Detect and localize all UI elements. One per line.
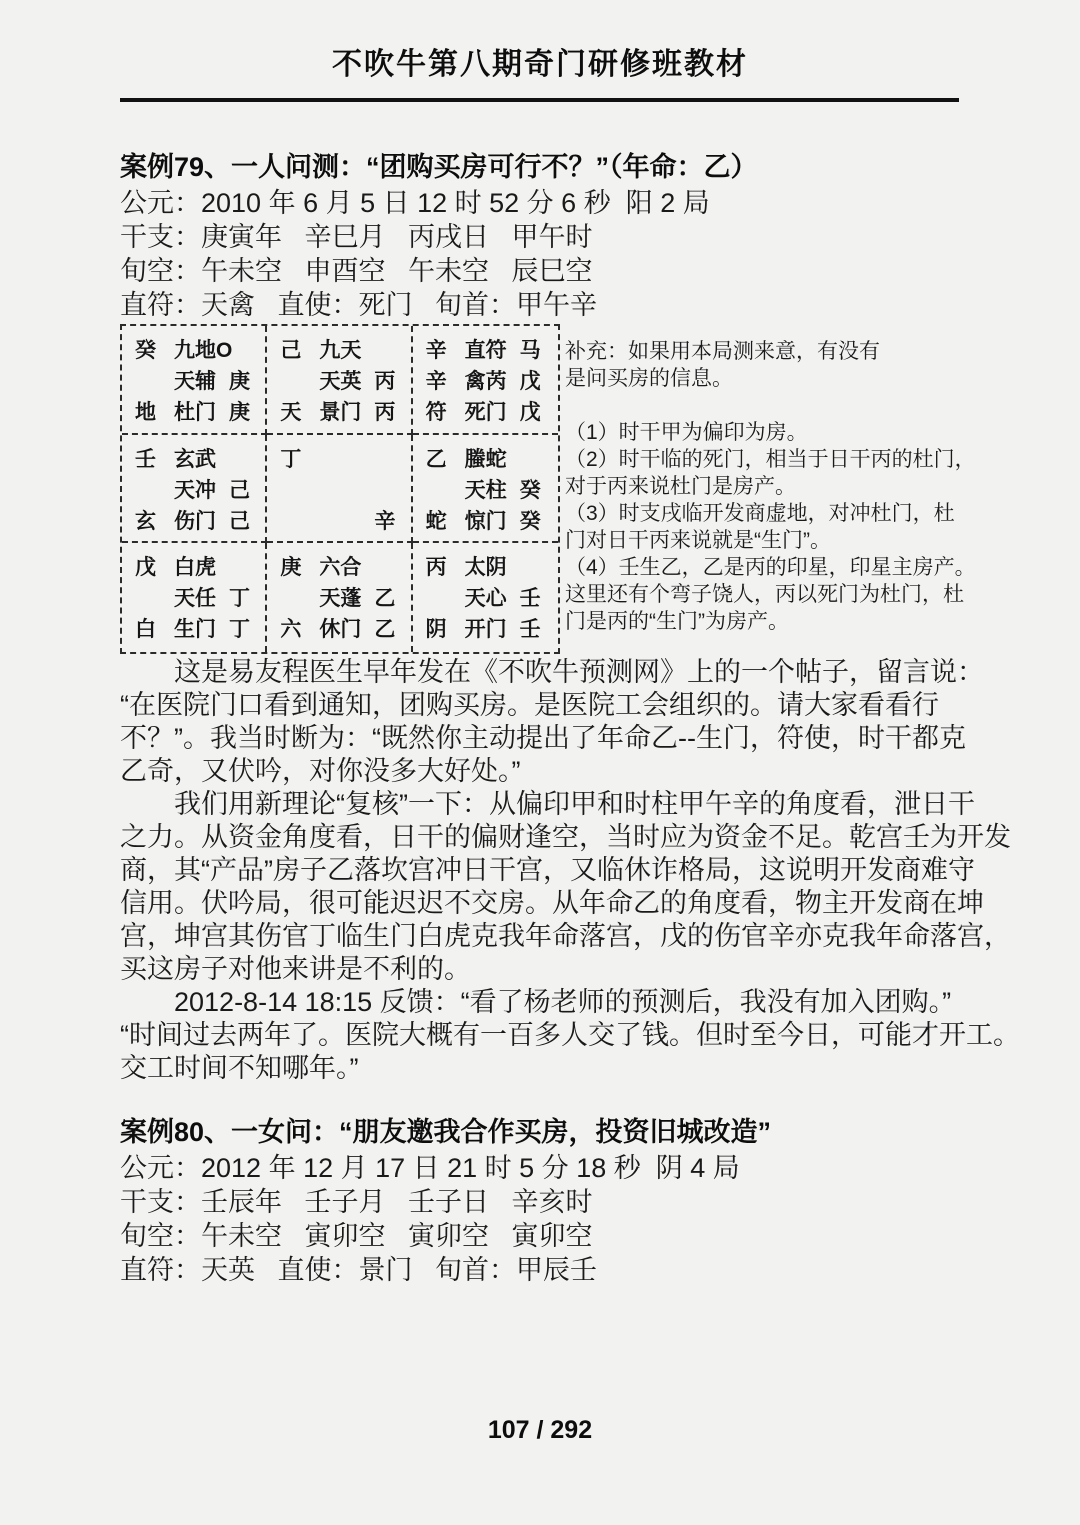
annotation-line: （1）时干甲为偏印为房。 — [565, 419, 1005, 446]
palace-text: 杜门 — [174, 397, 229, 428]
palace-text: 天 — [267, 397, 319, 428]
palace-cell: 癸九地O 天辅庚 地杜门庚 — [122, 326, 267, 435]
document-page: 不吹牛第八期奇门研修班教材 案例79、一人问测：“团购买房可行不？”（年命：乙）… — [0, 0, 1080, 1525]
palace-text: 己 — [229, 506, 250, 537]
paragraph-line: 我们用新理论“复核”一下：从偏印甲和时柱甲午辛的角度看，泄日干 — [120, 788, 984, 821]
palace-cell: 辛直符马 辛禽芮戊 符死门戊 — [413, 326, 558, 435]
palace-cell: 丁 辛 — [267, 435, 412, 544]
case-79-section: 案例79、一人问测：“团购买房可行不？”（年命：乙） 公元：2010 年 6 月… — [120, 148, 984, 1085]
annotation-line: 门对日干丙来说就是“生门”。 — [565, 527, 1005, 554]
palace-text: 乙 — [374, 583, 395, 614]
palace-text: 螣蛇 — [465, 444, 520, 475]
palace-text: 辛 — [413, 366, 465, 397]
case-80-zhifu-line: 直符：天英 直使：景门 旬首：甲辰壬 — [120, 1253, 984, 1287]
paragraph-line: 买这房子对他来讲是不利的。 — [120, 953, 984, 986]
palace-line: 白生门丁 — [122, 614, 265, 645]
palace-text: 天心 — [465, 583, 520, 614]
palace-text: 景门 — [319, 397, 374, 428]
palace-line: 天任丁 — [122, 583, 265, 614]
palace-text: 天辅 — [174, 366, 229, 397]
annotation-line: （3）时支戌临开发商虚地，对冲杜门，杜 — [565, 500, 1005, 527]
palace-text: 丙 — [374, 397, 395, 428]
paragraph-line: “在医院门口看到通知，团购买房。是医院工会组织的。请大家看看行 — [120, 689, 984, 722]
palace-cell: 丙太阴 天心壬 阴开门壬 — [413, 543, 558, 652]
palace-line: 天柱癸 — [413, 475, 558, 506]
palace-line: 地杜门庚 — [122, 397, 265, 428]
case-79-heading: 案例79、一人问测：“团购买房可行不？”（年命：乙） — [120, 148, 984, 186]
case-80-heading: 案例80、一女问：“朋友邀我合作买房，投资旧城改造” — [120, 1113, 984, 1151]
palace-text: 六 — [267, 614, 319, 645]
palace-line: 天冲己 — [122, 475, 265, 506]
palace-text: 天任 — [174, 583, 229, 614]
palace-cell: 壬玄武 天冲己 玄伤门己 — [122, 435, 267, 544]
title-rule — [120, 98, 959, 102]
chart-area: 癸九地O 天辅庚 地杜门庚 己九天 天英丙 天景门丙 辛直符马 辛禽芮戊 符死门… — [120, 324, 984, 654]
page-title: 不吹牛第八期奇门研修班教材 — [0, 44, 1080, 86]
palace-line: 乙螣蛇 — [413, 444, 558, 475]
palace-text: 六合 — [319, 552, 374, 583]
palace-text: 生门 — [174, 614, 229, 645]
palace-text: 玄武 — [174, 444, 229, 475]
palace-cell: 乙螣蛇 天柱癸 蛇惊门癸 — [413, 435, 558, 544]
palace-line: 玄伤门己 — [122, 506, 265, 537]
palace-text: 惊门 — [465, 506, 520, 537]
paragraph-line: 宫，坤宫其伤官丁临生门白虎克我年命落宫，戊的伤官辛亦克我年命落宫， — [120, 920, 984, 953]
analysis-paragraphs: 这是易友程医生早年发在《不吹牛预测网》上的一个帖子，留言说： “在医院门口看到通… — [120, 656, 984, 1085]
palace-text: 丁 — [267, 444, 319, 475]
palace-text: 壬 — [122, 444, 174, 475]
case-80-date-line: 公元：2012 年 12 月 17 日 21 时 5 分 18 秒 阴 4 局 — [120, 1151, 984, 1185]
palace-text: 丁 — [229, 614, 250, 645]
palace-text: 蛇 — [413, 506, 465, 537]
palace-line: 天景门丙 — [267, 397, 410, 428]
palace-line: 辛 — [267, 506, 410, 537]
palace-line: 天辅庚 — [122, 366, 265, 397]
palace-text: 己 — [229, 475, 250, 506]
page-number: 107 / 292 — [0, 1416, 1080, 1445]
palace-line: 辛直符马 — [413, 335, 558, 366]
case-79-zhifu-line: 直符：天禽 直使：死门 旬首：甲午辛 — [120, 288, 984, 322]
palace-text: 伤门 — [174, 506, 229, 537]
palace-text: 天柱 — [465, 475, 520, 506]
annotation-line: （4）壬生乙，乙是丙的印星，印星主房产。 — [565, 554, 1005, 581]
paragraph-line: 乙奇，又伏吟，对你没多大好处。” — [120, 755, 984, 788]
palace-text: 乙 — [413, 444, 465, 475]
palace-text: 九天 — [319, 335, 374, 366]
paragraph-line: 之力。从资金角度看，日干的偏财逢空，当时应为资金不足。乾宫壬为开发 — [120, 821, 984, 854]
palace-text: 癸 — [520, 506, 541, 537]
annotation-line: （2）时干临的死门，相当于日干丙的杜门， — [565, 446, 1005, 473]
palace-line: 壬玄武 — [122, 444, 265, 475]
palace-text: 壬 — [520, 583, 541, 614]
palace-line: 蛇惊门癸 — [413, 506, 558, 537]
palace-text: 天蓬 — [319, 583, 374, 614]
annotation: 补充：如果用本局测来意，有没有 是问买房的信息。 （1）时干甲为偏印为房。 （2… — [565, 338, 1005, 635]
palace-text: 禽芮 — [465, 366, 520, 397]
annotation-line: 对于丙来说杜门是房产。 — [565, 473, 1005, 500]
palace-text: 丙 — [413, 552, 465, 583]
palace-text: 庚 — [229, 397, 250, 428]
annotation-line: 这里还有个弯子饶人，丙以死门为杜门，杜 — [565, 581, 1005, 608]
palace-line: 庚六合 — [267, 552, 410, 583]
case-79-xunkong-line: 旬空：午未空 申酉空 午未空 辰巳空 — [120, 254, 984, 288]
palace-text: 九地O — [174, 335, 229, 366]
palace-text: 白 — [122, 614, 174, 645]
palace-text: 壬 — [520, 614, 541, 645]
case-80-ganzhi-line: 干支：壬辰年 壬子月 壬子日 辛亥时 — [120, 1185, 984, 1219]
palace-text: 死门 — [465, 397, 520, 428]
annotation-line: 补充：如果用本局测来意，有没有 — [565, 338, 1005, 365]
palace-text: 戊 — [520, 397, 541, 428]
palace-text: 丙 — [374, 366, 395, 397]
palace-line: 辛禽芮戊 — [413, 366, 558, 397]
palace-text: 乙 — [374, 614, 395, 645]
paragraph-line: 信用。伏吟局，很可能迟迟不交房。从年命乙的角度看，物主开发商在坤 — [120, 887, 984, 920]
case-79-ganzhi-line: 干支：庚寅年 辛巳月 丙戌日 甲午时 — [120, 220, 984, 254]
qimen-grid: 癸九地O 天辅庚 地杜门庚 己九天 天英丙 天景门丙 辛直符马 辛禽芮戊 符死门… — [120, 324, 560, 654]
palace-text: 庚 — [229, 366, 250, 397]
palace-text: 戊 — [122, 552, 174, 583]
palace-text: 天冲 — [174, 475, 229, 506]
palace-text: 戊 — [520, 366, 541, 397]
palace-text: 玄 — [122, 506, 174, 537]
case-79-date-line: 公元：2010 年 6 月 5 日 12 时 52 分 6 秒 阳 2 局 — [120, 186, 984, 220]
palace-line: 戊白虎 — [122, 552, 265, 583]
palace-line: 阴开门壬 — [413, 614, 558, 645]
paragraph-line: 交工时间不知哪年。” — [120, 1052, 984, 1085]
palace-text: 太阴 — [465, 552, 520, 583]
palace-line: 天英丙 — [267, 366, 410, 397]
palace-text: 开门 — [465, 614, 520, 645]
palace-line: 丙太阴 — [413, 552, 558, 583]
palace-text: 癸 — [122, 335, 174, 366]
palace-text: 马 — [520, 335, 541, 366]
paragraph-line: 商，其“产品”房子乙落坎宫冲日干宫，又临休诈格局，这说明开发商难守 — [120, 854, 984, 887]
paragraph-line: 2012-8-14 18:15 反馈：“看了杨老师的预测后，我没有加入团购。” — [120, 986, 984, 1019]
palace-line: 六休门乙 — [267, 614, 410, 645]
paragraph-line: 不？”。我当时断为：“既然你主动提出了年命乙--生门，符使，时干都克 — [120, 722, 984, 755]
palace-text: 己 — [267, 335, 319, 366]
palace-line — [267, 475, 410, 506]
palace-text: 休门 — [319, 614, 374, 645]
paragraph-line: “时间过去两年了。医院大概有一百多人交了钱。但时至今日，可能才开工。 — [120, 1019, 984, 1052]
case-80-xunkong-line: 旬空：午未空 寅卯空 寅卯空 寅卯空 — [120, 1219, 984, 1253]
palace-text: 癸 — [520, 475, 541, 506]
palace-cell: 庚六合 天蓬乙 六休门乙 — [267, 543, 412, 652]
annotation-line — [565, 392, 1005, 419]
paragraph-line: 这是易友程医生早年发在《不吹牛预测网》上的一个帖子，留言说： — [120, 656, 984, 689]
palace-text: 丁 — [229, 583, 250, 614]
palace-text: 直符 — [465, 335, 520, 366]
palace-line: 符死门戊 — [413, 397, 558, 428]
case-80-section: 案例80、一女问：“朋友邀我合作买房，投资旧城改造” 公元：2012 年 12 … — [120, 1113, 984, 1287]
palace-text: 符 — [413, 397, 465, 428]
annotation-line: 门是丙的“生门”为房产。 — [565, 608, 1005, 635]
palace-text: 庚 — [267, 552, 319, 583]
palace-text: 阴 — [413, 614, 465, 645]
palace-text: 天英 — [319, 366, 374, 397]
palace-line: 丁 — [267, 444, 410, 475]
palace-text: 辛 — [413, 335, 465, 366]
palace-line: 己九天 — [267, 335, 410, 366]
palace-text: 辛 — [374, 506, 395, 537]
palace-cell: 戊白虎 天任丁 白生门丁 — [122, 543, 267, 652]
palace-line: 癸九地O — [122, 335, 265, 366]
palace-text: 白虎 — [174, 552, 229, 583]
palace-line: 天蓬乙 — [267, 583, 410, 614]
palace-line: 天心壬 — [413, 583, 558, 614]
annotation-line: 是问买房的信息。 — [565, 365, 1005, 392]
palace-text: 地 — [122, 397, 174, 428]
palace-cell: 己九天 天英丙 天景门丙 — [267, 326, 412, 435]
